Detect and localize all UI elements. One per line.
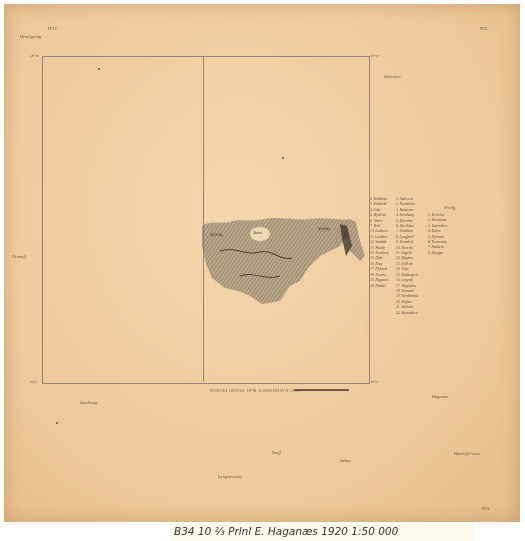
sheet-number-top-right: Nº5 — [480, 26, 487, 31]
legend-column-3: 1. Kolvelva 2. Storvatnet 3. Innerskara … — [428, 213, 447, 256]
legend-column-1: 2. Kobbeløv 3. Rindevik 4. Eide 5. Hyvle… — [370, 197, 389, 289]
corner-tick-bottom-left: 70°2' — [30, 380, 37, 384]
legend-item: 19. Nordstrand — [396, 294, 418, 299]
place-label-bottom-center-2: Sæbus — [340, 458, 351, 463]
vertical-margin-text-right: · · · · · · · · — [365, 289, 369, 339]
place-label-bottom-right: Haukefjelvann — [454, 451, 480, 456]
imprint-text: NORGES GEOGR. OPM. KJØBENHAVN 1920 — [210, 388, 299, 393]
sheet-number-top-left: Nº11 — [48, 26, 57, 31]
place-label-left: Grunnfj. — [12, 254, 27, 259]
map-sheet: Nº11 Nº5 Nº4 Hennigsvåg Skibotten Grunnf… — [4, 4, 520, 522]
catalog-caption: B34 10 ⅔ Prlnl E. Haganæs 1920 1:50 000 — [170, 523, 474, 541]
legend-item: 12. Sandvik — [370, 240, 389, 245]
vertical-margin-text-left: · · · · · · · · · · — [201, 249, 205, 319]
place-label-top-right: Skibotten — [384, 74, 401, 79]
place-label-right-mid: Nordfj. — [444, 205, 457, 210]
legend-item: 17. Fjeldvik — [370, 267, 389, 272]
place-label-bottom-center-1: Skaff — [272, 450, 281, 455]
sheet-number-bottom-right: Nº4 — [482, 506, 489, 511]
legend-column-2: 1. Andersen 2. Nordsletta 3. Rundvatn 4.… — [396, 197, 418, 316]
place-label-bottom-left: Langnæsvatn — [218, 474, 242, 479]
corner-tick-top-right: 18°57' — [370, 54, 379, 58]
scale-bar — [294, 389, 349, 391]
corner-tick-top-left: 18°36' — [30, 54, 39, 58]
legend-item: 22. Skarvdalen — [396, 311, 418, 316]
relief-label: Nesseby — [317, 227, 330, 231]
legend-item: 8. Skjegga — [428, 251, 447, 256]
legend-item: 20. Haukel — [370, 284, 389, 289]
place-label-lower-left: Sandvaag — [80, 400, 97, 405]
place-label-lower-right: Haganæs — [432, 394, 449, 399]
place-label-top-left: Hennigsvåg — [20, 34, 41, 39]
relief-label: Skaret — [253, 231, 263, 235]
relief-label: Kjellvika — [209, 233, 223, 237]
trig-point-marker — [56, 422, 58, 424]
relief-terrain-drawing: Kjellvika Skaret Nesseby — [200, 216, 370, 306]
legend-item: 19. Haganes — [370, 278, 389, 283]
corner-tick-bottom-right: 18°57' — [370, 380, 379, 384]
